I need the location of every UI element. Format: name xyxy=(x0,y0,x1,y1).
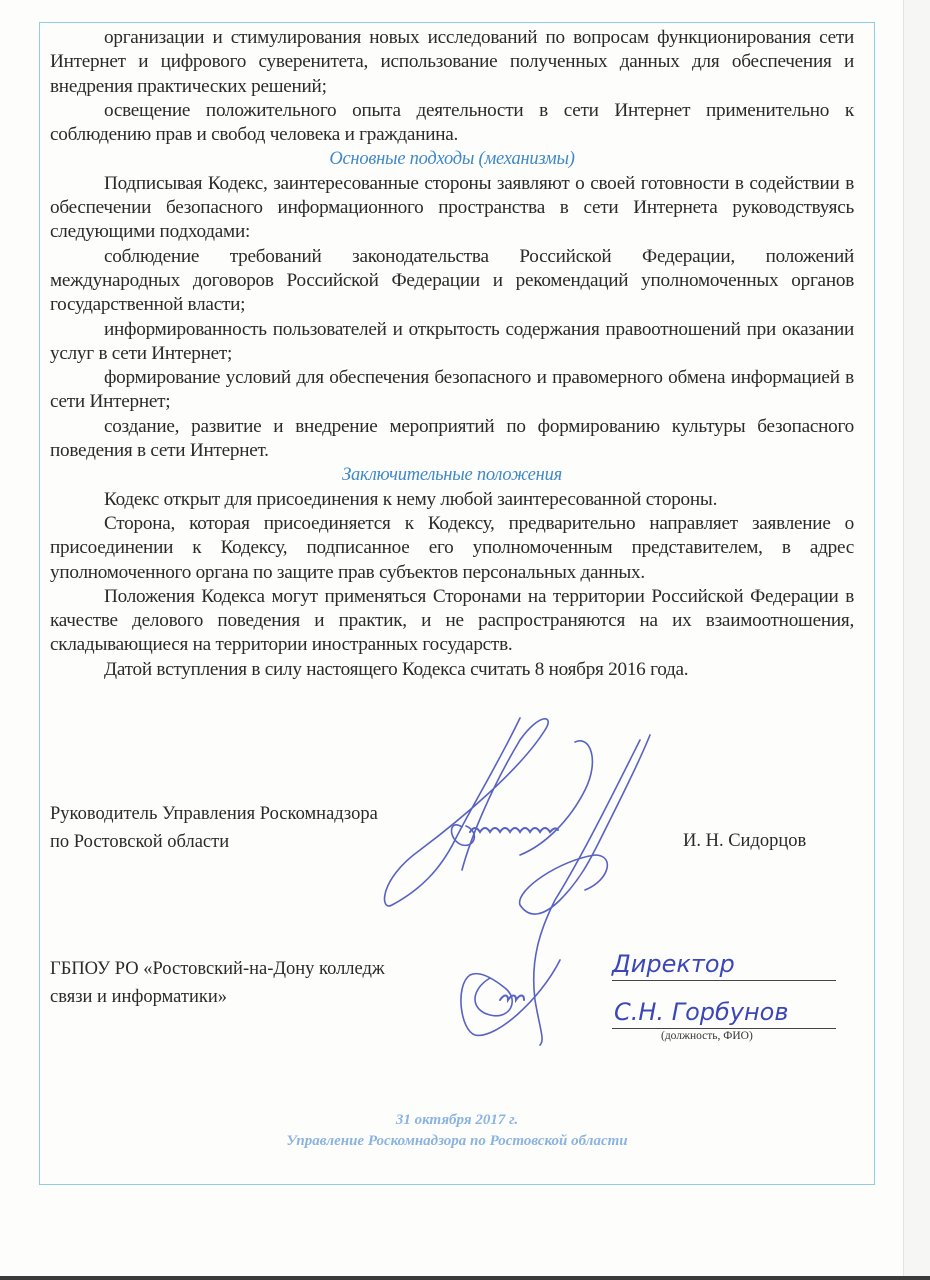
handwritten-signature-icon xyxy=(0,0,930,1280)
footer-date: 31 октября 2017 г. xyxy=(39,1111,875,1130)
footer-organization: Управление Роскомнадзора по Ростовской о… xyxy=(39,1132,875,1151)
